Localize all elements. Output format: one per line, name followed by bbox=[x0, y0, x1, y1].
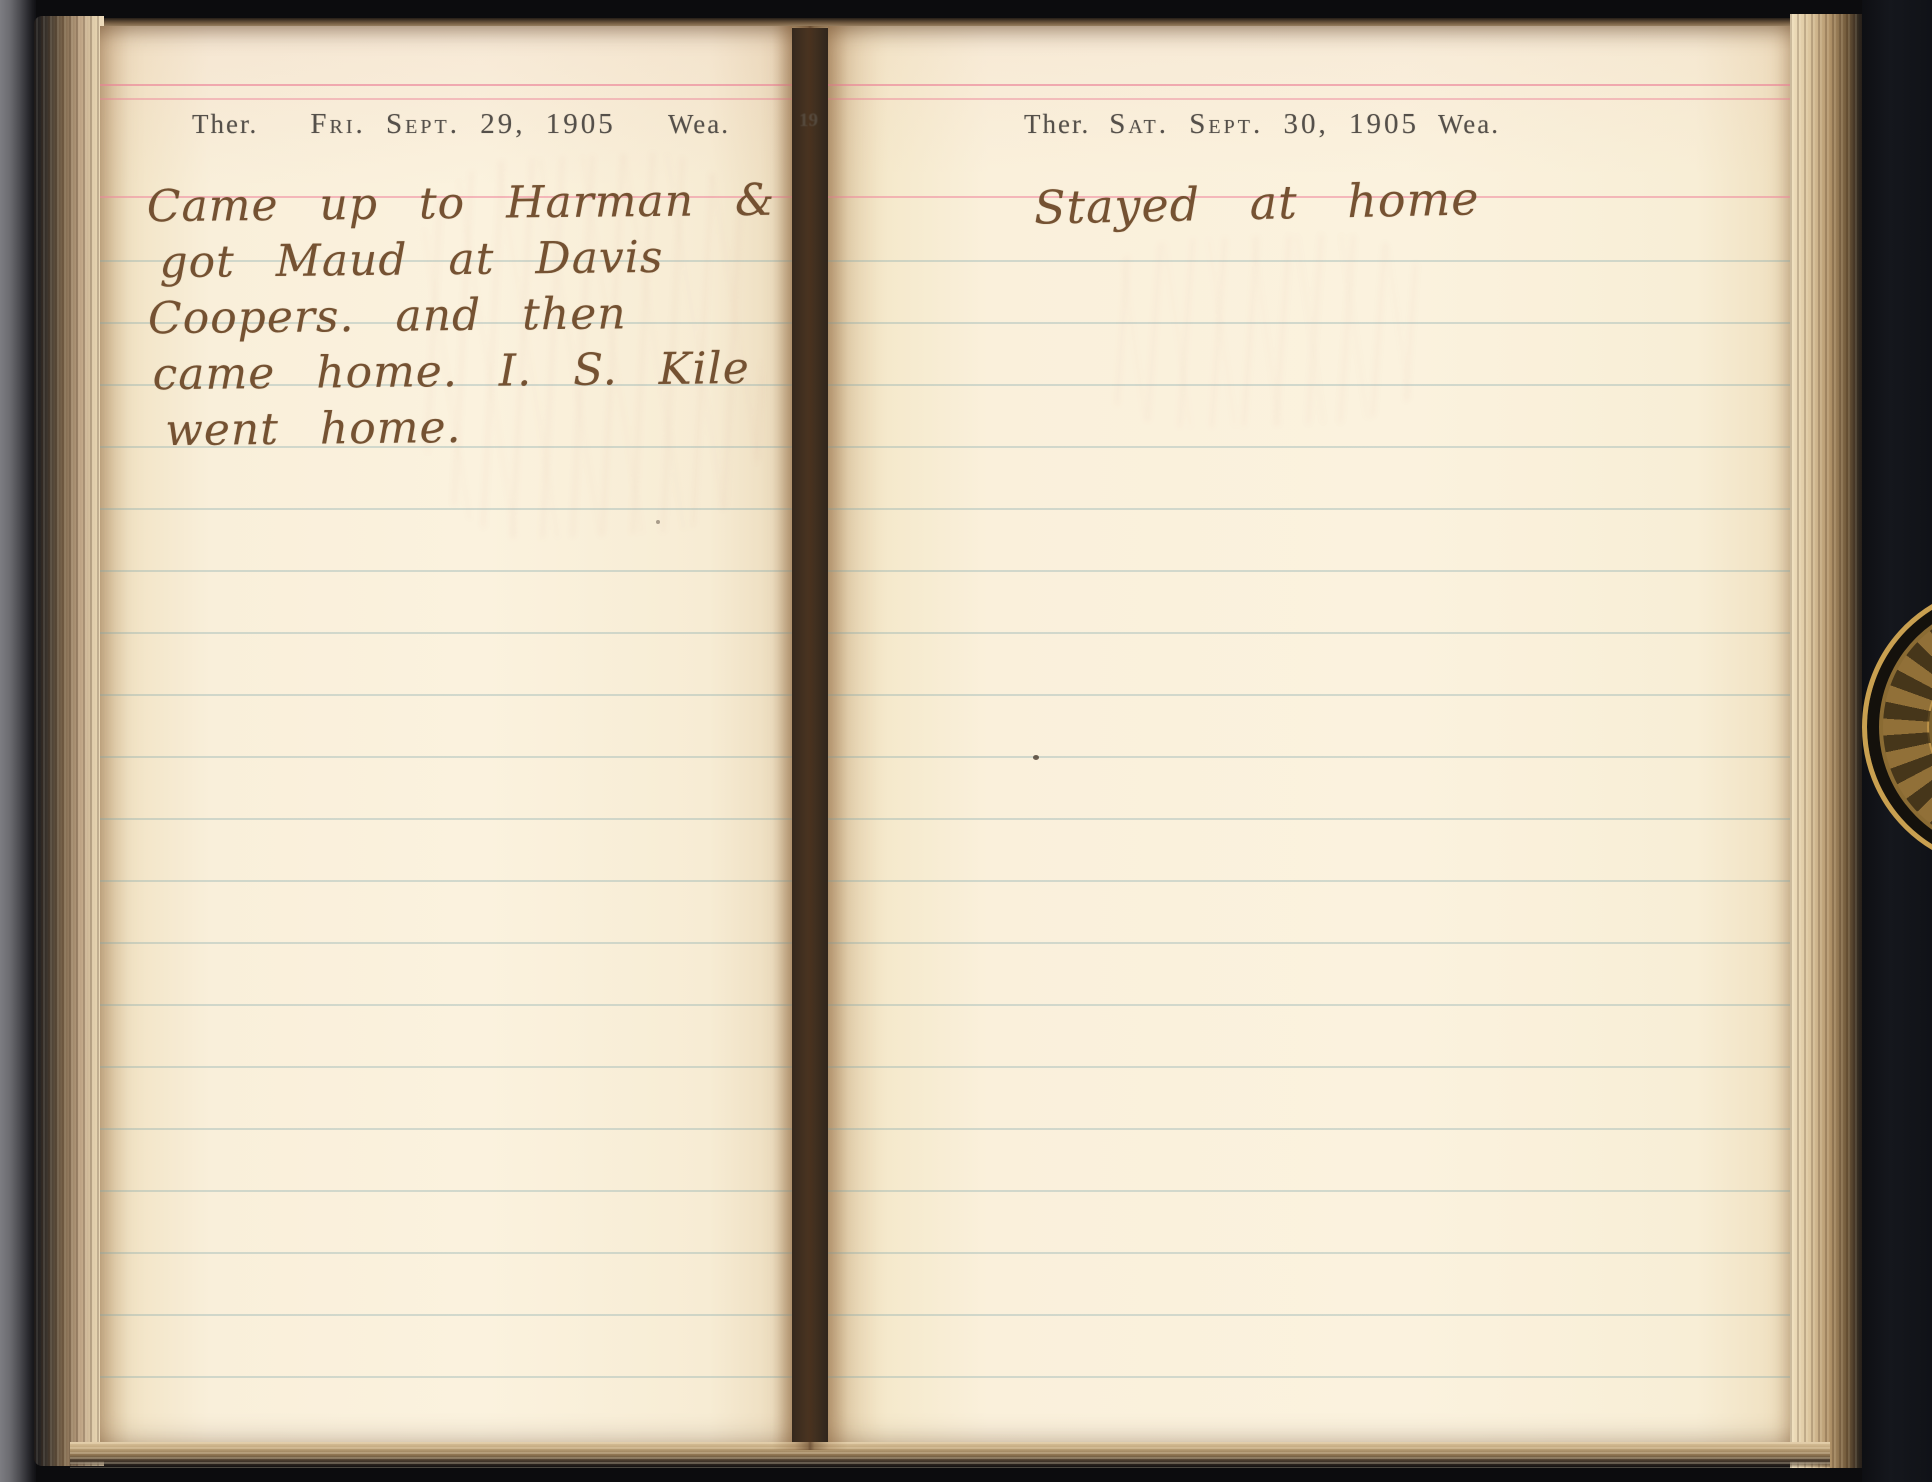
pink-rule bbox=[828, 84, 1792, 86]
ther-label: Ther. bbox=[1024, 109, 1090, 140]
entry-line: went home. bbox=[165, 397, 778, 459]
diary-entry-left: Came up to Harman & got Maud at Davis Co… bbox=[147, 173, 778, 460]
date-label: Fri. Sept. 29, 1905 bbox=[310, 108, 615, 141]
entry-line: came home. I. S. Kile bbox=[152, 341, 777, 404]
dust-speck bbox=[1033, 755, 1039, 760]
diary-page-right: Ther. Sat. Sept. 30, 1905 Wea. Stayed at… bbox=[828, 26, 1792, 1450]
entry-line: Stayed at home bbox=[1033, 169, 1480, 236]
wea-label: Wea. bbox=[1438, 109, 1500, 140]
book-gutter: 19 bbox=[772, 26, 848, 1450]
diary-photo: Ther. Fri. Sept. 29, 1905 Wea. Came up t… bbox=[0, 0, 1932, 1482]
diary-page-left: Ther. Fri. Sept. 29, 1905 Wea. Came up t… bbox=[100, 26, 792, 1450]
entry-line: Coopers. and then bbox=[148, 285, 777, 348]
scan-margin-strip bbox=[0, 0, 36, 1482]
page-stack-left-edges bbox=[34, 16, 104, 1466]
pink-rule bbox=[100, 98, 792, 100]
page-header-left: Ther. Fri. Sept. 29, 1905 Wea. bbox=[100, 102, 792, 146]
book-cover bbox=[1862, 0, 1932, 1482]
page-stack-bottom-edge bbox=[70, 1442, 1830, 1468]
page-header-right: Ther. Sat. Sept. 30, 1905 Wea. bbox=[828, 102, 1792, 146]
date-label: Sat. Sept. 30, 1905 bbox=[1109, 108, 1419, 141]
ghost-writing bbox=[1095, 230, 1431, 431]
pink-rule bbox=[828, 98, 1792, 100]
wea-label: Wea. bbox=[668, 109, 730, 140]
entry-line: got Maud at Davis bbox=[159, 229, 776, 291]
pink-rule bbox=[100, 84, 792, 86]
dust-speck bbox=[656, 520, 660, 524]
page-stack-right-edges bbox=[1790, 14, 1866, 1468]
diary-entry-right: Stayed at home bbox=[1033, 169, 1480, 236]
ther-label: Ther. bbox=[192, 109, 258, 140]
entry-line: Came up to Harman & bbox=[147, 173, 776, 236]
gold-medallion bbox=[1862, 584, 1932, 870]
gutter-page-mark: 19 bbox=[799, 110, 818, 132]
